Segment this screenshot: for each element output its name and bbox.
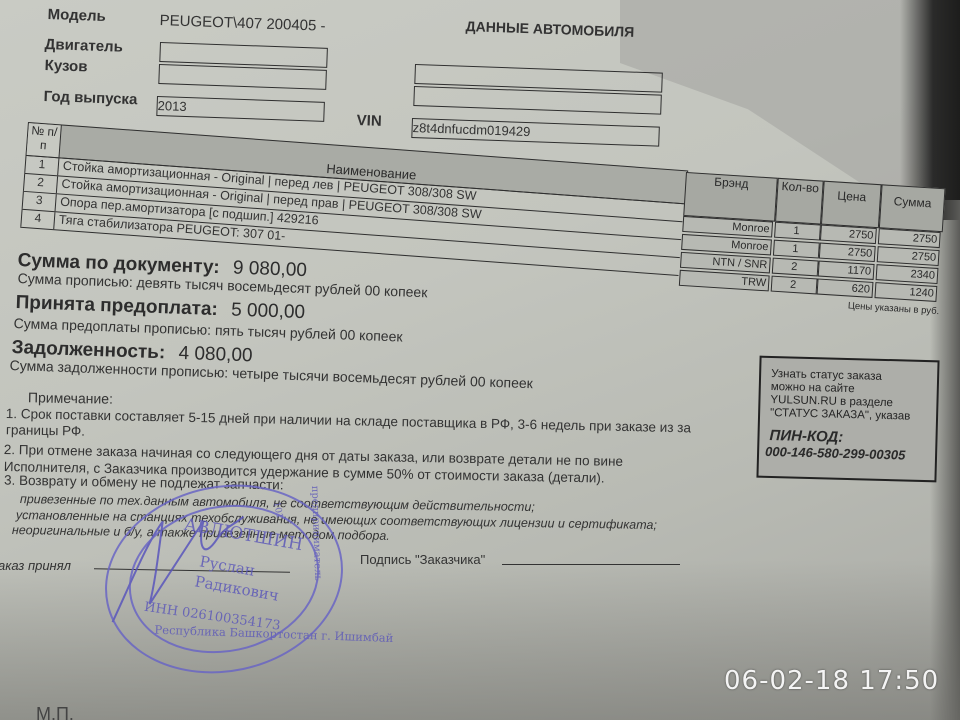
vin-label: VIN [356, 112, 382, 130]
order-status-box: Узнать статус заказа можно на сайте YULS… [756, 356, 939, 483]
year-label: Год выпуска [43, 88, 137, 108]
header-qty: Кол-во [775, 178, 824, 225]
cell-qty: 2 [772, 258, 819, 277]
body-label: Кузов [44, 57, 87, 75]
cell-price: 2750 [820, 225, 877, 244]
cell-price: 620 [817, 278, 874, 297]
header-num: № п/п [27, 123, 62, 157]
customer-signature-label: Подпись "Заказчика" [360, 552, 485, 567]
cell-qty: 1 [774, 222, 821, 241]
notes-title: Примечание: [28, 389, 113, 406]
cell-price: 2750 [819, 243, 876, 262]
cell-qty: 2 [771, 276, 818, 295]
note-1b: границы РФ. [6, 422, 85, 438]
header-sum: Сумма [879, 184, 946, 232]
model-label: Модель [47, 6, 106, 25]
header-price: Цена [821, 181, 882, 229]
stamp-ogrn-fragment: 101 [271, 501, 284, 520]
engine-label: Двигатель [44, 36, 123, 56]
accepted-by-label: Заказ принял [0, 558, 71, 573]
mp-label: М.П. [36, 704, 74, 720]
cell-qty: 1 [773, 240, 820, 259]
row-num: 4 [20, 210, 55, 229]
vin-value: z8t4dnfucdm019429 [412, 120, 530, 139]
header-brand: Брэнд [683, 172, 778, 222]
year-value: 2013 [157, 98, 186, 114]
prepay-value: 5 000,00 [231, 300, 306, 324]
photo-timestamp: 06-02-18 17:50 [724, 666, 939, 696]
customer-signature-line [502, 564, 680, 565]
pin-value: 000-146-580-299-00305 [759, 444, 935, 464]
cell-price: 1170 [818, 261, 875, 280]
